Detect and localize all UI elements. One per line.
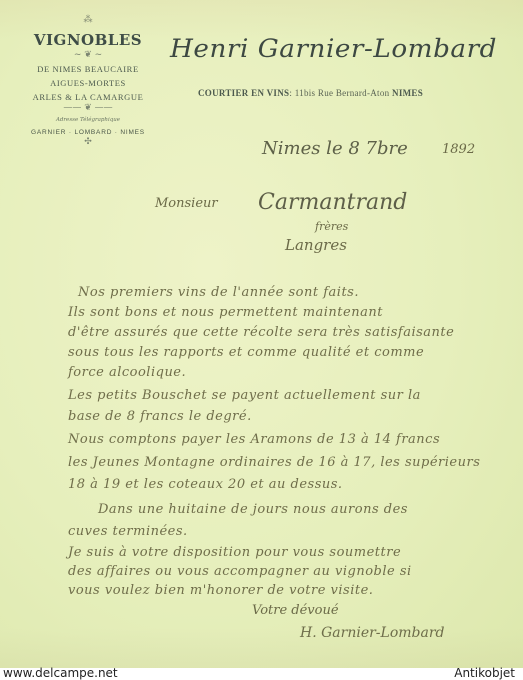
body-line: Nos premiers vins de l'année sont faits. [78, 285, 359, 300]
body-line: 18 à 19 et les coteaux 20 et au dessus. [68, 477, 343, 492]
watermark-antikobjet: Antikobjet [454, 666, 515, 680]
body-line: Ils sont bons et nous permettent mainten… [68, 305, 383, 320]
salutation-prefix: Monsieur [155, 196, 218, 211]
body-line: des affaires ou vous accompagner au vign… [68, 564, 412, 579]
region-line-3: ARLES & LA CAMARGUE [8, 92, 168, 102]
body-line: cuves terminées. [68, 524, 188, 539]
ornament-icon: ✣ [8, 138, 168, 147]
telegraph-label: Adresse Télégraphique [8, 117, 168, 123]
recipient-name: Carmantrand [258, 190, 407, 215]
vignobles-title: VIGNOBLES [8, 31, 168, 49]
letter-paper: ⁂ VIGNOBLES ~ ❦ ~ DE NIMES BEAUCAIRE AIG… [0, 0, 523, 668]
recipient-city: Langres [285, 236, 347, 254]
street-address: : 11bis Rue Bernard-Aton [289, 88, 389, 98]
letterhead-name: Henri Garnier-Lombard [170, 34, 497, 63]
ornament-icon: ⁂ [8, 16, 168, 25]
body-line: sous tous les rapports et comme qualité … [68, 345, 424, 360]
letter-date: Nimes le 8 7bre [262, 138, 408, 159]
region-line-2: AIGUES-MORTES [8, 78, 168, 88]
body-line: vous voulez bien m'honorer de votre visi… [68, 583, 373, 598]
ornament-icon: —— ❦ —— [8, 104, 168, 113]
body-line: Les petits Bouschet se payent actuelleme… [68, 388, 421, 403]
body-line: Nous comptons payer les Aramons de 13 à … [68, 432, 440, 447]
body-line: Je suis à votre disposition pour vous so… [68, 545, 401, 560]
recipient-line-2: frères [315, 220, 348, 233]
letterhead-left-block: ⁂ VIGNOBLES ~ ❦ ~ DE NIMES BEAUCAIRE AIG… [8, 14, 168, 149]
body-line: Dans une huitaine de jours nous aurons d… [98, 502, 408, 517]
letter-year: 1892 [442, 142, 475, 157]
signature: H. Garnier-Lombard [300, 625, 445, 641]
letterhead-subtitle: COURTIER EN VINS: 11bis Rue Bernard-Aton… [198, 88, 423, 98]
body-line: les Jeunes Montagne ordinaires de 16 à 1… [68, 455, 480, 470]
ornament-icon: ~ ❦ ~ [8, 51, 168, 60]
body-line: d'être assurés que cette récolte sera tr… [68, 325, 454, 340]
telegraph-address: GARNIER · LOMBARD · NIMES [8, 129, 168, 136]
city-label: NIMES [392, 88, 423, 98]
trade-label: COURTIER EN VINS [198, 88, 289, 98]
closing: Votre dévoué [252, 603, 339, 618]
body-line: force alcoolique. [68, 365, 186, 380]
body-line: base de 8 francs le degré. [68, 409, 252, 424]
region-line-1: DE NIMES BEAUCAIRE [8, 64, 168, 74]
watermark-delcampe: www.delcampe.net [3, 666, 118, 680]
